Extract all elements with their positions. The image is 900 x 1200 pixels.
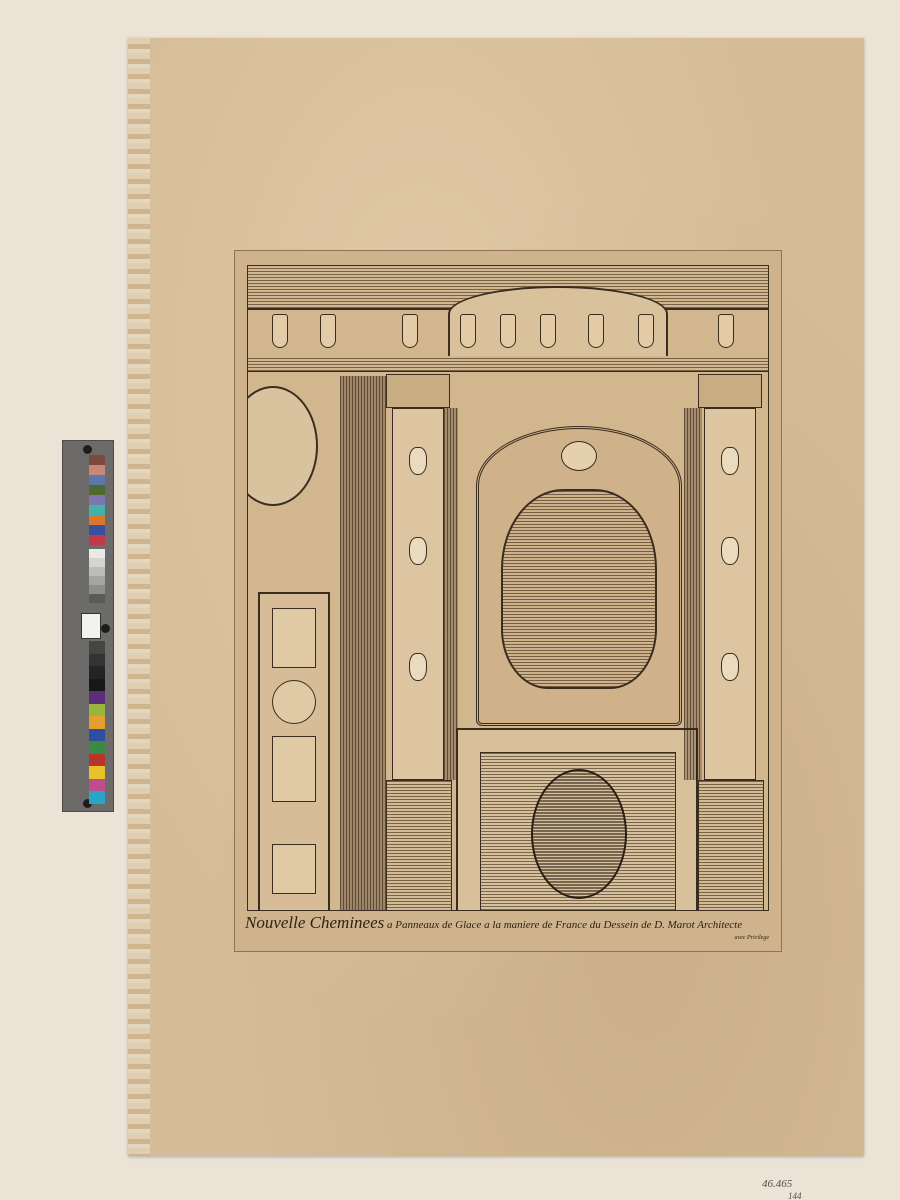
vase-ornament: [721, 653, 739, 681]
pedestal-left: [386, 780, 452, 911]
vase-ornament: [721, 537, 739, 565]
vase-ornament: [409, 447, 427, 475]
vase-ornament: [721, 447, 739, 475]
print-caption: Nouvelle Cheminees a Panneaux de Glace a…: [245, 913, 773, 933]
color-swatch: [89, 485, 105, 495]
color-swatch: [89, 741, 105, 754]
color-swatch: [89, 716, 105, 729]
door-panel: [272, 608, 316, 668]
door-panel: [272, 736, 316, 802]
color-swatch: [89, 679, 105, 692]
mirror-cartouche: [501, 489, 657, 689]
color-swatch: [89, 704, 105, 717]
console-bracket: [460, 314, 476, 348]
pilaster-shadow: [444, 408, 458, 780]
pedestal-right: [698, 780, 764, 911]
fireplace-mantel: [456, 728, 698, 911]
color-swatch: [89, 766, 105, 779]
console-bracket: [272, 314, 288, 348]
engraving-fireplace: [247, 265, 769, 911]
caption-text: a Panneaux de Glace a la maniere de Fran…: [387, 919, 742, 931]
mount-hole: [101, 624, 110, 633]
color-swatch: [89, 641, 105, 654]
color-swatch: [89, 549, 105, 558]
color-swatch: [89, 791, 105, 804]
door-panel: [272, 844, 316, 894]
accession-number: 46.465: [762, 1178, 792, 1190]
color-swatch: [89, 558, 105, 567]
firebox: [480, 752, 676, 911]
color-swatch: [89, 666, 105, 679]
color-swatch: [89, 535, 105, 545]
color-swatch: [89, 576, 105, 585]
color-swatch: [89, 729, 105, 742]
caption-title: Nouvelle Cheminees: [245, 913, 384, 932]
color-swatch: [89, 654, 105, 667]
corinthian-capital-right: [698, 374, 762, 408]
console-bracket: [320, 314, 336, 348]
console-bracket: [540, 314, 556, 348]
print-sheet: Nouvelle Cheminees a Panneaux de Glace a…: [128, 38, 864, 1156]
accession-subnumber: 144: [788, 1191, 802, 1200]
color-swatch: [89, 515, 105, 525]
color-calibration-target: [62, 440, 114, 812]
mirror-glass-panel: [476, 426, 682, 726]
color-swatch: [89, 465, 105, 475]
console-bracket: [638, 314, 654, 348]
privilege-note: avec Privilege: [735, 935, 769, 941]
pilaster-right: [704, 408, 756, 780]
console-bracket: [588, 314, 604, 348]
color-swatch: [89, 754, 105, 767]
pilaster-left: [392, 408, 444, 780]
target-label: [81, 613, 101, 639]
column-shaft-left: [340, 376, 386, 911]
color-swatch: [89, 585, 105, 594]
deckled-edge: [128, 38, 150, 1156]
paneled-door: [258, 592, 330, 911]
color-swatch: [89, 567, 105, 576]
plate-mark: Nouvelle Cheminees a Panneaux de Glace a…: [234, 250, 782, 952]
console-bracket: [500, 314, 516, 348]
vase-ornament: [409, 653, 427, 681]
corinthian-capital-left: [386, 374, 450, 408]
color-swatch: [89, 455, 105, 465]
color-swatch: [89, 475, 105, 485]
color-swatch: [89, 779, 105, 792]
color-swatch: [89, 495, 105, 505]
console-bracket: [718, 314, 734, 348]
color-swatch: [89, 505, 105, 515]
color-swatch: [89, 594, 105, 603]
console-bracket: [402, 314, 418, 348]
door-medallion: [272, 680, 316, 724]
mask-ornament: [561, 441, 597, 471]
curved-entablature: [448, 286, 668, 356]
color-swatch: [89, 525, 105, 535]
pilaster-shadow: [684, 408, 702, 780]
oval-relief-left: [247, 386, 318, 506]
mount-hole: [83, 445, 92, 454]
color-swatch: [89, 691, 105, 704]
fireback-medallion: [531, 769, 627, 899]
vase-ornament: [409, 537, 427, 565]
frieze: [248, 356, 769, 372]
